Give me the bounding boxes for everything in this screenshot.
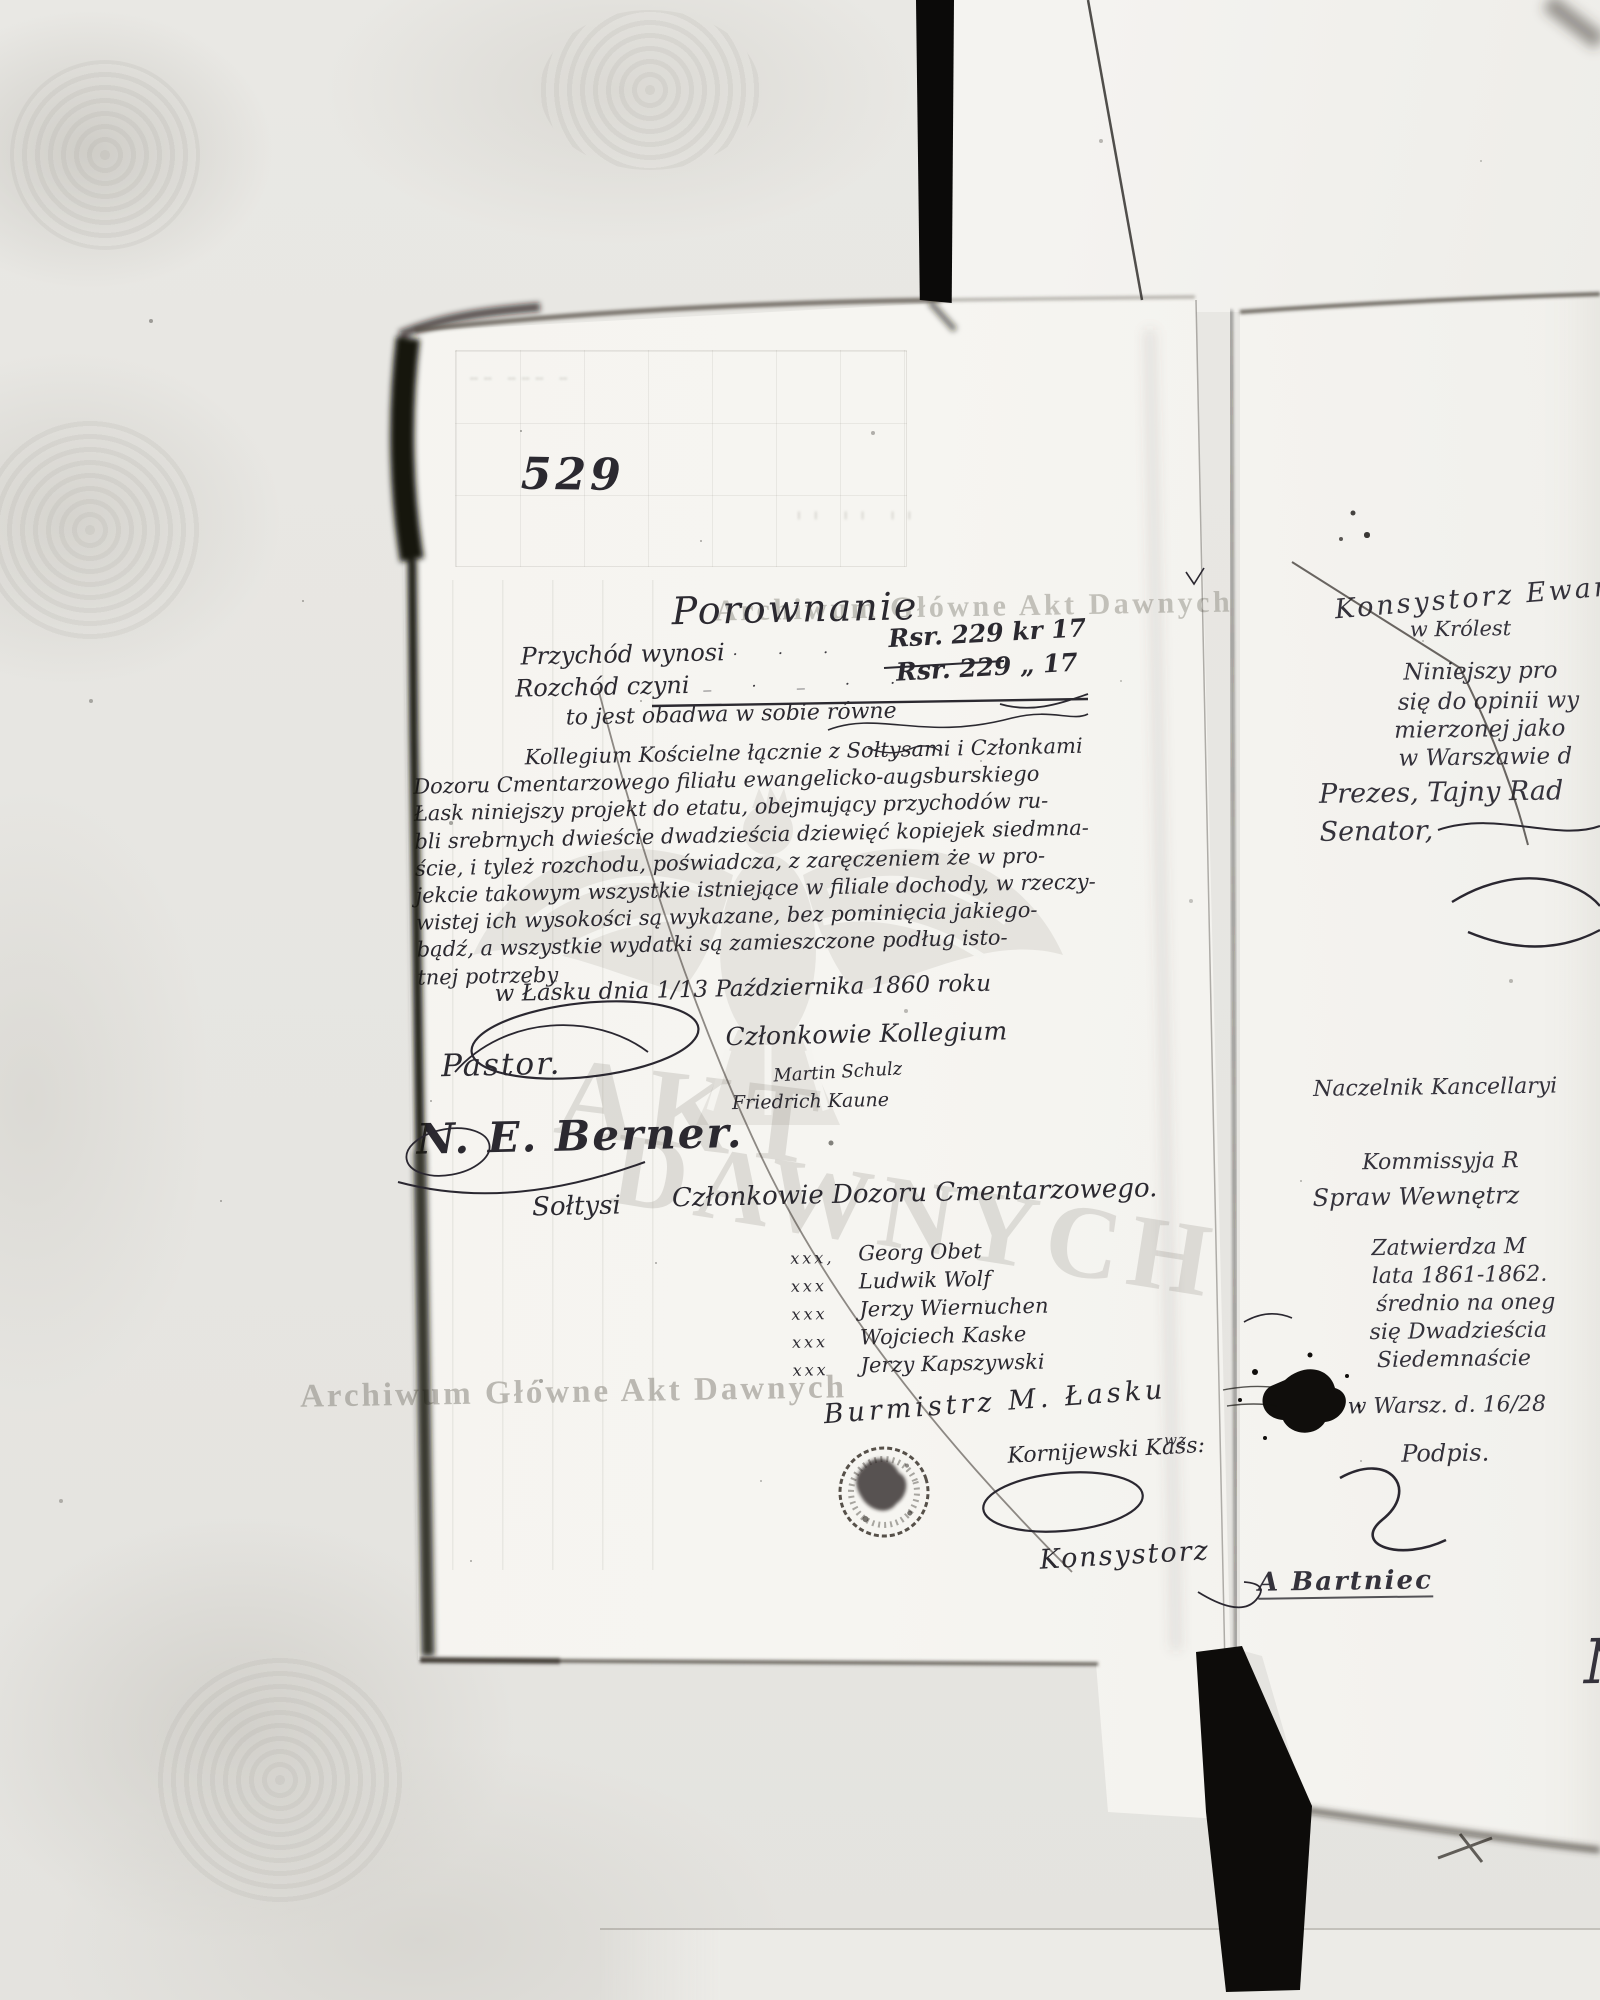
comparison-heading: Porownanie: [671, 584, 919, 633]
rp-line: mierzonej jako: [1394, 715, 1566, 743]
body-paragraph: Kollegium Kościelne łącznie z Sołtysami …: [412, 735, 997, 992]
rp-line: Zatwierdza M: [1371, 1234, 1526, 1261]
film-marbling: [150, 1650, 410, 1910]
rp-line: w Warszawie d: [1398, 743, 1572, 771]
rp-date-line: w Warsz. d. 16/28: [1347, 1392, 1546, 1420]
signature-marks: xxx,: [790, 1248, 835, 1268]
signature-marks: xxx: [791, 1276, 827, 1296]
rp-line: Senator,: [1319, 815, 1433, 848]
film-marbling: [0, 420, 200, 640]
member-name: Wojciech Kaske: [860, 1322, 1027, 1349]
equality-note: to jest obadwa w sobie równe: [566, 699, 897, 731]
pastor-signature: Pastor.: [441, 1046, 562, 1085]
page-number: 529: [520, 449, 625, 501]
member-name: Georg Obet: [858, 1239, 982, 1266]
lower-page-edge-band: [600, 1928, 1600, 2000]
rp-line: Siedemnaście: [1377, 1346, 1531, 1373]
bartniec-signature: A Bartniec: [1258, 1565, 1433, 1599]
member-name: Jerzy Wiernuchen: [859, 1294, 1049, 1322]
film-specks: [0, 0, 2, 2]
income-label: Przychód wynosi: [520, 638, 725, 670]
rp-line: Spraw Wewnętrz: [1312, 1181, 1519, 1212]
adjacent-exposure-top: [948, 0, 1600, 312]
rp-line: lata 1861-1862.: [1372, 1262, 1548, 1289]
dozor-heading: Członkowie Dozoru Cmentarzowego.: [672, 1173, 1158, 1213]
rp-line: się Dwadzieścia: [1369, 1318, 1547, 1345]
rp-line: średnio na oneg: [1376, 1290, 1555, 1317]
rp-line: Niniejszy pro: [1403, 657, 1558, 685]
film-gap-strip: [916, 0, 954, 303]
rp-line: Podpis.: [1401, 1439, 1489, 1468]
rp-line: w Królest: [1410, 616, 1512, 641]
rp-line: Prezes, Tajny Rad: [1319, 775, 1564, 809]
signature-marks: xxx: [792, 1360, 828, 1380]
rp-line: Naczelnik Kancellaryi: [1313, 1074, 1557, 1102]
konsystorz-note: Konsystorz: [1039, 1535, 1211, 1575]
member-name: Jerzy Kapszywski: [860, 1350, 1045, 1378]
leader-dashes: _ . _ . .: [703, 668, 905, 691]
film-marbling: [10, 60, 200, 250]
member-name: Ludwik Wolf: [859, 1267, 992, 1294]
soltysi-label: Sołtysi: [532, 1190, 621, 1222]
rp-line: się do opinii wy: [1398, 687, 1580, 716]
left-page-content: 529 Porownanie Przychód wynosi . . . Rsr…: [395, 277, 1272, 1824]
rp-line: Kommissyja R: [1362, 1148, 1519, 1175]
signature-marks: xxx: [791, 1304, 827, 1324]
leader-dots: . . .: [732, 638, 838, 659]
kollegium-member: Friedrich Kaune: [732, 1089, 890, 1114]
burmistrz-line: Burmistrz M. Łasku: [823, 1374, 1168, 1430]
kollegium-member: Martin Schulz: [773, 1058, 903, 1086]
film-marbling: [540, 10, 760, 170]
document-scan: ╌╌ ╌╌╌ ╌ ╷╷ ╷╷ ╷╷ Archiwum Główne Akt Da…: [0, 0, 1600, 2000]
expense-amount: Rsr. 229 „ 17: [895, 648, 1078, 687]
right-page-content: Konsystorz Ewan w Królest Niniejszy pro …: [1232, 284, 1600, 1869]
kass-signature: Kornijewski Kass:: [1007, 1433, 1206, 1469]
expense-label: Rozchód czyni: [515, 671, 690, 703]
partial-monogram: N: [1584, 1624, 1600, 1698]
berner-signature: N. E. Berner.: [416, 1108, 744, 1164]
signature-marks: xxx: [792, 1332, 828, 1352]
kollegium-heading: Członkowie Kollegium: [725, 1016, 1007, 1051]
